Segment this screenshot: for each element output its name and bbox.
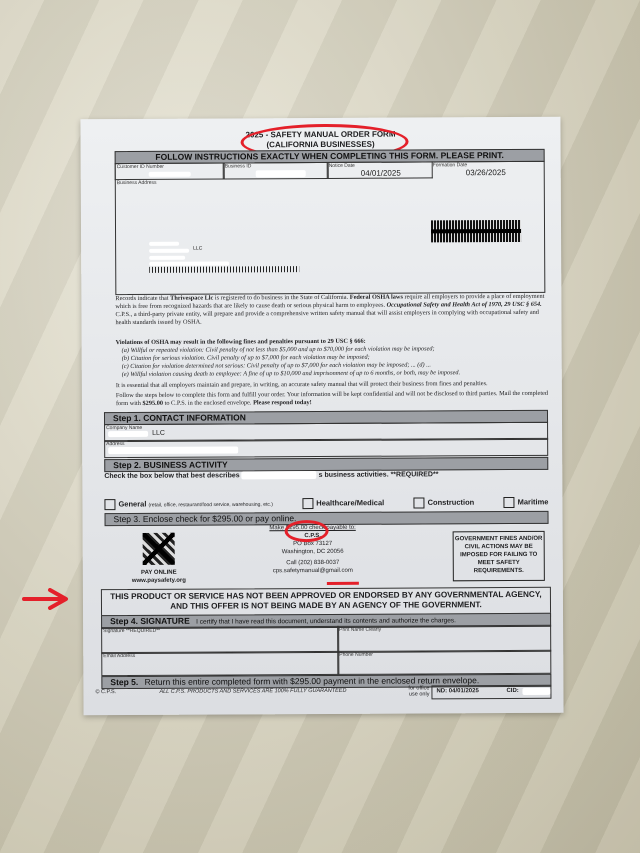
redacted-company (242, 471, 317, 479)
redacted-address-line (149, 256, 185, 260)
redacted-address-line (149, 242, 179, 246)
violation-item: (e) Willful violation causing death to e… (116, 369, 550, 379)
violations-section: Violations of OSHA may result in the fol… (116, 337, 550, 379)
redacted-address-line (149, 249, 189, 253)
office-use-box: ND: 04/01/2025 CID: (431, 685, 551, 700)
customer-id-label: Customer ID Number (117, 164, 164, 170)
price-circle-annotation (285, 520, 329, 542)
essential-text: It is essential that all employers maint… (116, 380, 550, 390)
option-construction[interactable]: Construction (414, 497, 475, 508)
checkbox[interactable] (504, 497, 515, 508)
business-activity-options: General (retail, office, restaurant/food… (104, 497, 548, 510)
redacted-address-line (149, 261, 229, 265)
redacted-customer-id (149, 172, 191, 177)
violations-heading: Violations of OSHA may result in the fol… (116, 338, 366, 346)
step2-header: Step 2. BUSINESS ACTIVITY (104, 457, 548, 472)
barcode (431, 220, 521, 242)
footer-copyright: © C.P.S. (95, 689, 116, 695)
checkbox[interactable] (104, 499, 115, 510)
checkbox[interactable] (302, 498, 313, 509)
redacted-address (108, 446, 238, 454)
nd-date: ND: 04/01/2025 (436, 688, 478, 694)
follow-instructions-text: Follow the steps below to complete this … (116, 390, 550, 408)
formation-date-value: 03/26/2025 (466, 168, 506, 177)
red-arrow-annotation-icon (22, 588, 72, 610)
notice-date-label: Notice Date (329, 163, 355, 169)
gmail-underline-annotation (327, 582, 359, 585)
formation-date-label: Formation Date (433, 162, 467, 168)
government-warning-box: GOVERNMENT FINES AND/OR CIVIL ACTIONS MA… (453, 531, 545, 581)
email-field[interactable] (101, 651, 339, 676)
cid-label: CID: (506, 688, 518, 694)
intro-paragraph: Records indicate that Thrivespace Llc is… (115, 293, 549, 327)
redacted-business-id (256, 170, 306, 177)
notice-date-value: 04/01/2025 (361, 169, 401, 178)
phone-label: Phone Number (339, 652, 373, 658)
option-maritime[interactable]: Maritime (504, 497, 549, 508)
signature-label: Signature **REQUIRED** (103, 628, 160, 634)
qr-code-crossed-out (143, 533, 175, 565)
redacted-company-name (108, 431, 148, 437)
address-company-suffix: LLC (193, 246, 202, 252)
pay-online-link[interactable]: www.paysafety.org (123, 577, 195, 585)
option-healthcare[interactable]: Healthcare/Medical (302, 498, 384, 509)
print-name-label: Print Name Clearly (339, 627, 381, 633)
option-general[interactable]: General (retail, office, restaurant/food… (104, 498, 273, 510)
order-form-paper: 2025 - SAFETY MANUAL ORDER FORM (CALIFOR… (80, 117, 563, 716)
business-address-label: Business Address (117, 180, 157, 186)
company-name-suffix: LLC (152, 430, 165, 437)
office-use-label: for office use only (401, 685, 429, 697)
business-id-label: Business ID (225, 163, 252, 169)
redaction-scribble (431, 229, 521, 233)
redacted-cid (522, 688, 550, 695)
postal-barcode (149, 266, 299, 273)
email-label: Email Address (103, 653, 135, 659)
step2-instruction: Check the box below that best describes … (104, 470, 438, 480)
checkbox[interactable] (414, 497, 425, 508)
footer-guarantee: ALL C.P.S. PRODUCTS AND SERVICES ARE 100… (159, 688, 346, 695)
pay-online-block: PAY ONLINE www.paysafety.org (123, 569, 195, 585)
